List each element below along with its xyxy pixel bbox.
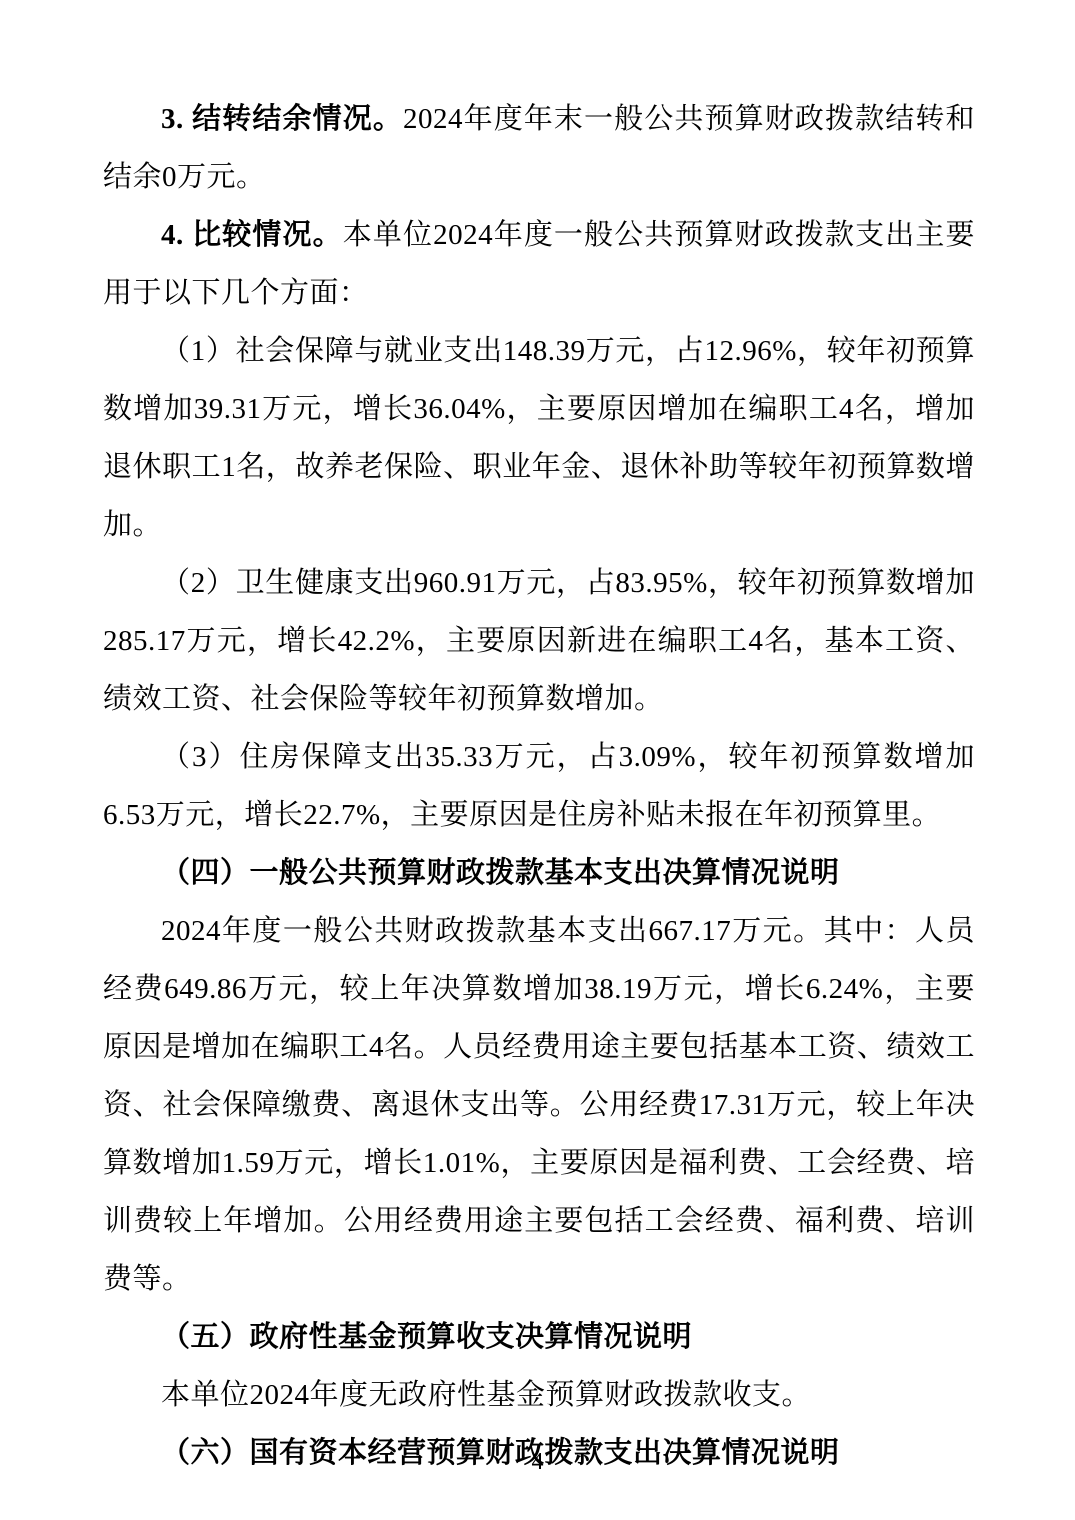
paragraph-transfer-balance: 3. 结转结余情况。2024年度年末一般公共预算财政拨款结转和结余0万元。 [103, 90, 975, 206]
document-body: 3. 结转结余情况。2024年度年末一般公共预算财政拨款结转和结余0万元。 4.… [103, 90, 975, 1482]
item-housing-security: （3）住房保障支出35.33万元，占3.09%，较年初预算数增加6.53万元，增… [103, 728, 975, 844]
heading-government-fund: （五）政府性基金预算收支决算情况说明 [103, 1308, 975, 1366]
document-page: 3. 结转结余情况。2024年度年末一般公共预算财政拨款结转和结余0万元。 4.… [0, 0, 1075, 1520]
paragraph-transfer-balance-lead: 3. 结转结余情况。 [161, 103, 403, 135]
paragraph-basic-expenditure: 2024年度一般公共财政拨款基本支出667.17万元。其中：人员经费649.86… [103, 902, 975, 1308]
paragraph-government-fund: 本单位2024年度无政府性基金预算财政拨款收支。 [103, 1366, 975, 1424]
paragraph-comparison-lead: 4. 比较情况。 [161, 219, 343, 251]
paragraph-comparison: 4. 比较情况。本单位2024年度一般公共预算财政拨款支出主要用于以下几个方面： [103, 206, 975, 322]
heading-basic-expenditure: （四）一般公共预算财政拨款基本支出决算情况说明 [103, 844, 975, 902]
item-social-security-employment: （1）社会保障与就业支出148.39万元，占12.96%，较年初预算数增加39.… [103, 322, 975, 554]
item-health-expenditure: （2）卫生健康支出960.91万元，占83.95%，较年初预算数增加285.17… [103, 554, 975, 728]
page-number: 4 [0, 1448, 1075, 1476]
